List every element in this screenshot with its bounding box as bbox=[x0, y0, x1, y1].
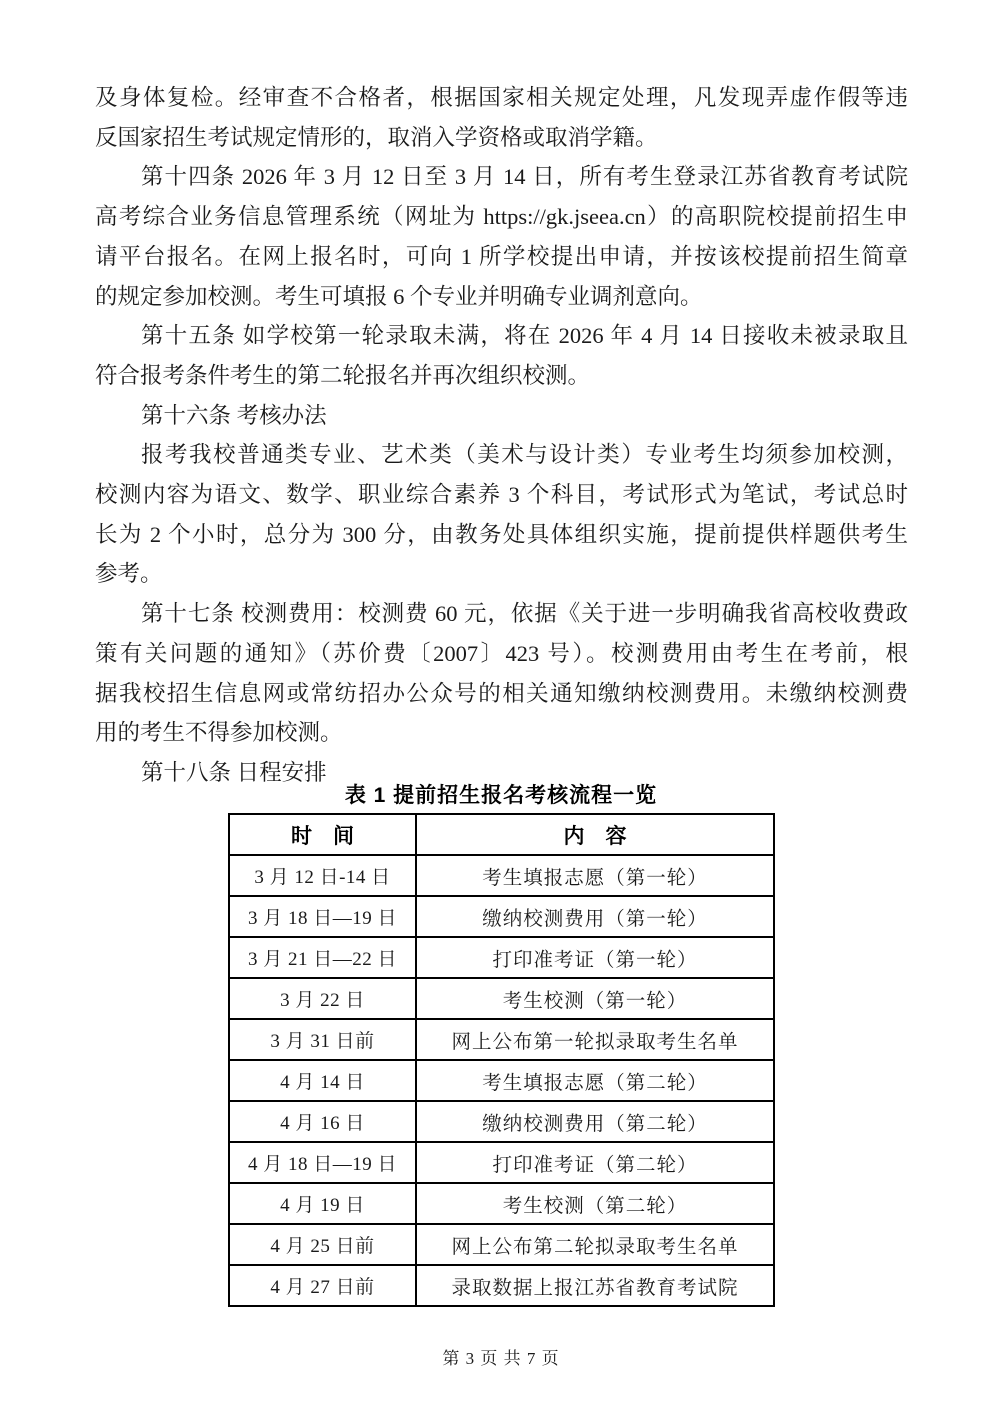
cell-time: 4 月 19 日 bbox=[229, 1183, 416, 1224]
cell-time: 3 月 31 日前 bbox=[229, 1019, 416, 1060]
cell-time: 4 月 27 日前 bbox=[229, 1265, 416, 1306]
col-header-time: 时 间 bbox=[229, 814, 416, 855]
body-line: 第十五条 如学校第一轮录取未满，将在 2026 年 4 月 14 日接收未被录取… bbox=[95, 316, 908, 356]
body-line: 据我校招生信息网或常纺招办公众号的相关通知缴纳校测费用。未缴纳校测费 bbox=[95, 674, 908, 714]
cell-content: 缴纳校测费用（第一轮） bbox=[416, 896, 774, 937]
cell-time: 4 月 14 日 bbox=[229, 1060, 416, 1101]
cell-content: 打印准考证（第二轮） bbox=[416, 1142, 774, 1183]
body-line: 及身体复检。经审查不合格者，根据国家相关规定处理，凡发现弄虚作假等违 bbox=[95, 78, 908, 118]
table-row: 3 月 21 日—22 日打印准考证（第一轮） bbox=[229, 937, 774, 978]
cell-time: 4 月 16 日 bbox=[229, 1101, 416, 1142]
table-row: 4 月 14 日考生填报志愿（第二轮） bbox=[229, 1060, 774, 1101]
cell-time: 3 月 22 日 bbox=[229, 978, 416, 1019]
table-caption: 表 1 提前招生报名考核流程一览 bbox=[0, 779, 1002, 809]
cell-content: 缴纳校测费用（第二轮） bbox=[416, 1101, 774, 1142]
body-line: 的规定参加校测。考生可填报 6 个专业并明确专业调剂意向。 bbox=[95, 277, 908, 317]
body-line: 符合报考条件考生的第二轮报名并再次组织校测。 bbox=[95, 356, 908, 396]
body-line: 第十七条 校测费用：校测费 60 元，依据《关于进一步明确我省高校收费政 bbox=[95, 594, 908, 634]
body-line: 反国家招生考试规定情形的，取消入学资格或取消学籍。 bbox=[95, 118, 908, 158]
body-line: 校测内容为语文、数学、职业综合素养 3 个科目，考试形式为笔试，考试总时 bbox=[95, 475, 908, 515]
cell-content: 打印准考证（第一轮） bbox=[416, 937, 774, 978]
table-row: 4 月 27 日前录取数据上报江苏省教育考试院 bbox=[229, 1265, 774, 1306]
table-header-row: 时 间 内 容 bbox=[229, 814, 774, 855]
cell-content: 录取数据上报江苏省教育考试院 bbox=[416, 1265, 774, 1306]
cell-time: 4 月 25 日前 bbox=[229, 1224, 416, 1265]
cell-time: 4 月 18 日—19 日 bbox=[229, 1142, 416, 1183]
table-row: 4 月 16 日缴纳校测费用（第二轮） bbox=[229, 1101, 774, 1142]
body-line: 参考。 bbox=[95, 554, 908, 594]
table-row: 4 月 25 日前网上公布第二轮拟录取考生名单 bbox=[229, 1224, 774, 1265]
cell-content: 考生填报志愿（第二轮） bbox=[416, 1060, 774, 1101]
table-row: 3 月 31 日前网上公布第一轮拟录取考生名单 bbox=[229, 1019, 774, 1060]
cell-time: 3 月 12 日-14 日 bbox=[229, 855, 416, 896]
body-line: 长为 2 个小时，总分为 300 分，由教务处具体组织实施，提前提供样题供考生 bbox=[95, 515, 908, 555]
body-line: 高考综合业务信息管理系统（网址为 https://gk.jseea.cn）的高职… bbox=[95, 197, 908, 237]
col-header-content: 内 容 bbox=[416, 814, 774, 855]
body-line: 请平台报名。在网上报名时，可向 1 所学校提出申请，并按该校提前招生简章 bbox=[95, 237, 908, 277]
page-footer: 第 3 页 共 7 页 bbox=[0, 1344, 1002, 1369]
cell-time: 3 月 18 日—19 日 bbox=[229, 896, 416, 937]
body-text: 及身体复检。经审查不合格者，根据国家相关规定处理，凡发现弄虚作假等违反国家招生考… bbox=[95, 78, 908, 793]
body-line: 用的考生不得参加校测。 bbox=[95, 713, 908, 753]
body-line: 报考我校普通类专业、艺术类（美术与设计类）专业考生均须参加校测， bbox=[95, 435, 908, 475]
table-row: 4 月 18 日—19 日打印准考证（第二轮） bbox=[229, 1142, 774, 1183]
cell-content: 考生校测（第一轮） bbox=[416, 978, 774, 1019]
body-line: 第十四条 2026 年 3 月 12 日至 3 月 14 日，所有考生登录江苏省… bbox=[95, 157, 908, 197]
document-page: 及身体复检。经审查不合格者，根据国家相关规定处理，凡发现弄虚作假等违反国家招生考… bbox=[0, 0, 1002, 1424]
cell-content: 考生校测（第二轮） bbox=[416, 1183, 774, 1224]
cell-content: 网上公布第一轮拟录取考生名单 bbox=[416, 1019, 774, 1060]
body-line: 策有关问题的通知》（苏价费〔2007〕423 号）。校测费用由考生在考前，根 bbox=[95, 634, 908, 674]
table-row: 3 月 18 日—19 日缴纳校测费用（第一轮） bbox=[229, 896, 774, 937]
cell-time: 3 月 21 日—22 日 bbox=[229, 937, 416, 978]
table-row: 4 月 19 日考生校测（第二轮） bbox=[229, 1183, 774, 1224]
schedule-table: 时 间 内 容 3 月 12 日-14 日考生填报志愿（第一轮）3 月 18 日… bbox=[228, 813, 775, 1307]
table-row: 3 月 12 日-14 日考生填报志愿（第一轮） bbox=[229, 855, 774, 896]
cell-content: 网上公布第二轮拟录取考生名单 bbox=[416, 1224, 774, 1265]
table-row: 3 月 22 日考生校测（第一轮） bbox=[229, 978, 774, 1019]
body-line: 第十六条 考核办法 bbox=[95, 396, 908, 436]
cell-content: 考生填报志愿（第一轮） bbox=[416, 855, 774, 896]
